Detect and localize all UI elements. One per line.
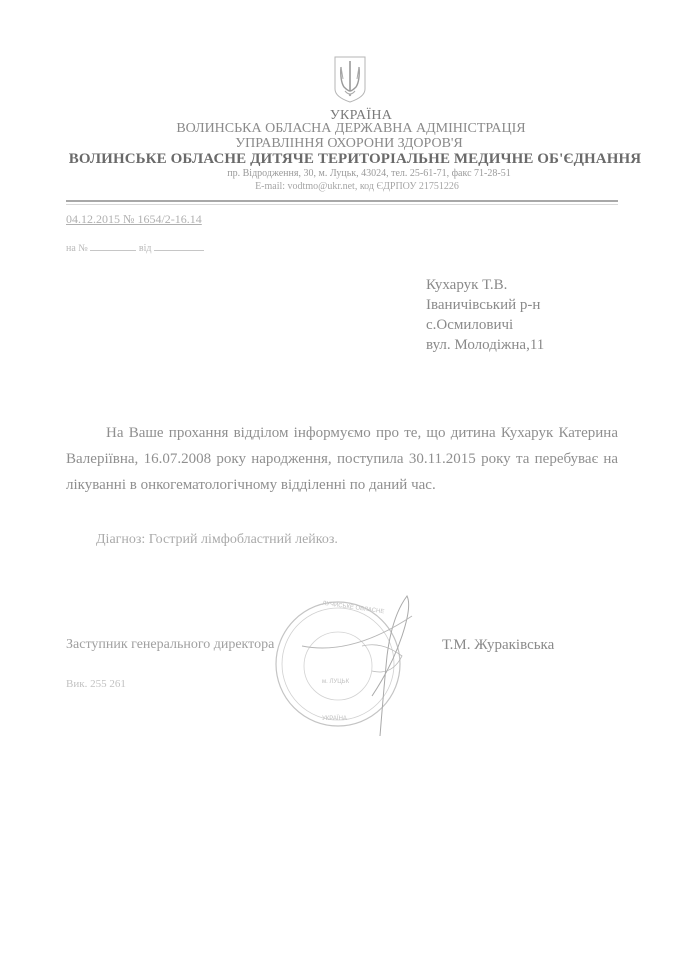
header-organization: ВОЛИНСЬКЕ ОБЛАСНЕ ДИТЯЧЕ ТЕРИТОРІАЛЬНЕ М… [6,151,698,168]
diagnosis-line: Діагноз: Гострий лімфобластний лейкоз. [96,532,338,548]
reply-reference: на № від [66,240,204,254]
signer-name: Т.М. Жураківська [442,637,554,654]
outgoing-reference: 04.12.2015 № 1654/2-16.14 [66,212,202,227]
body-paragraph: На Ваше прохання відділом інформуємо про… [66,420,618,498]
document-page: УКРАЇНА ВОЛИНСЬКА ОБЛАСНА ДЕРЖАВНА АДМІН… [0,0,698,960]
trident-emblem-icon [333,55,367,103]
stamp-top-text: ЛУЧИСЬКЕ ОБЛАСНЕ [322,601,385,616]
header-email-line: E-mail: vodtmo@ukr.net, код ЄДРПОУ 21751… [8,181,698,192]
reply-number-blank [90,240,136,251]
stamp-bottom-text: УКРАЇНА [322,715,347,722]
reply-to-from: від [139,243,152,254]
header-divider-thin [66,204,618,205]
header-address: пр. Відродження, 30, м. Луцьк, 43024, те… [20,168,698,179]
addressee-name: Кухарук Т.В. [426,275,544,295]
addressee-street: вул. Молодіжна,11 [426,335,544,355]
addressee-district: Іваничівський р-н [426,295,544,315]
reply-to-prefix: на № [66,243,88,254]
header-department: УПРАВЛІННЯ ОХОРОНИ ЗДОРОВ'Я [0,136,698,152]
signer-title: Заступник генерального директора [66,637,274,653]
addressee-village: с.Осмиловичі [426,315,544,335]
header-administration: ВОЛИНСЬКА ОБЛАСНА ДЕРЖАВНА АДМІНІСТРАЦІЯ [2,121,698,137]
header-divider [66,200,618,202]
reply-date-blank [154,240,204,251]
addressee-block: Кухарук Т.В. Іваничівський р-н с.Осмилов… [426,275,544,355]
stamp-center-text: м. ЛУЦЬК [322,679,350,685]
official-stamp-icon: ЛУЧИСЬКЕ ОБЛАСНЕ м. ЛУЦЬК УКРАЇНА [262,586,422,736]
executor-note: Вик. 255 261 [66,678,126,690]
